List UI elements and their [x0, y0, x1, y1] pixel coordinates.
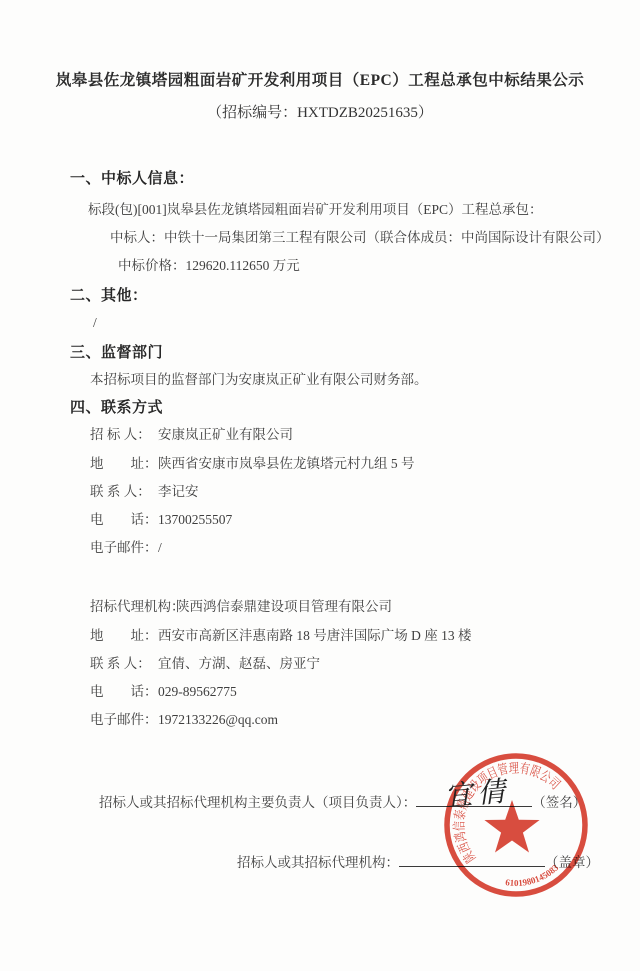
tenderer-contact-row: 联 系 人：李记安 [90, 484, 199, 500]
contact-label: 电 话： [90, 512, 158, 528]
handwritten-signature: 宜倩 [442, 769, 511, 815]
section2-heading: 二、其他： [70, 287, 148, 305]
winner-line: 中标人：中铁十一局集团第三工程有限公司（联合体成员：中尚国际设计有限公司） [110, 230, 610, 246]
agency-address-row: 地 址：西安市高新区沣惠南路 18 号唐沣国际广场 D 座 13 楼 [90, 628, 472, 644]
contact-value: 029-89562775 [158, 684, 237, 699]
agency-phone-row: 电 话：029-89562775 [90, 684, 237, 700]
section1-heading: 一、中标人信息： [70, 170, 194, 188]
contact-value: 李记安 [158, 484, 199, 499]
contact-value: 安康岚正矿业有限公司 [158, 427, 293, 442]
tenderer-name-row: 招 标 人：安康岚正矿业有限公司 [90, 427, 293, 443]
tenderer-address-row: 地 址：陕西省安康市岚皋县佐龙镇塔元村九组 5 号 [90, 456, 415, 472]
contact-label: 电子邮件： [90, 540, 158, 556]
lot-line: 标段(包)[001]岚皋县佐龙镇塔园粗面岩矿开发利用项目（EPC）工程总承包： [88, 202, 543, 218]
agency-contact-row: 联 系 人：宜倩、方湖、赵磊、房亚宁 [90, 656, 320, 672]
contact-label: 地 址： [90, 628, 158, 644]
page-title: 岚皋县佐龙镇塔园粗面岩矿开发利用项目（EPC）工程总承包中标结果公示 [0, 72, 640, 91]
contact-label: 联 系 人： [90, 484, 158, 500]
contact-value: 宜倩、方湖、赵磊、房亚宁 [158, 656, 320, 671]
org-label: 招标人或其招标代理机构： [237, 855, 399, 870]
document-page: 岚皋县佐龙镇塔园粗面岩矿开发利用项目（EPC）工程总承包中标结果公示 （招标编号… [0, 0, 640, 971]
contact-label: 电 话： [90, 684, 158, 700]
contact-value: 陕西省安康市岚皋县佐龙镇塔元村九组 5 号 [158, 456, 415, 471]
agency-name-row: 招标代理机构：陕西鸿信泰鼎建设项目管理有限公司 [90, 599, 392, 615]
contact-value: 13700255507 [158, 512, 232, 527]
contact-value: 西安市高新区沣惠南路 18 号唐沣国际广场 D 座 13 楼 [158, 628, 472, 643]
contact-value: 1972133226@qq.com [158, 712, 278, 727]
section2-content: / [93, 315, 97, 331]
contact-value: 陕西鸿信泰鼎建设项目管理有限公司 [176, 599, 392, 614]
tender-number-subtitle: （招标编号：HXTDZB20251635） [0, 104, 640, 122]
section3-heading: 三、监督部门 [70, 344, 163, 362]
section3-content: 本招标项目的监督部门为安康岚正矿业有限公司财务部。 [90, 372, 428, 388]
contact-label: 地 址： [90, 456, 158, 472]
tenderer-email-row: 电子邮件：/ [90, 540, 162, 556]
contact-label: 电子邮件： [90, 712, 158, 728]
contact-value: / [158, 540, 162, 555]
contact-label: 招 标 人： [90, 427, 158, 443]
agency-email-row: 电子邮件：1972133226@qq.com [90, 712, 278, 728]
contact-label: 招标代理机构： [90, 599, 176, 615]
section4-heading: 四、联系方式 [70, 399, 163, 417]
principal-label: 招标人或其招标代理机构主要负责人（项目负责人）： [99, 795, 416, 810]
price-line: 中标价格：129620.112650 万元 [118, 258, 300, 274]
contact-label: 联 系 人： [90, 656, 158, 672]
tenderer-phone-row: 电 话：13700255507 [90, 512, 232, 528]
